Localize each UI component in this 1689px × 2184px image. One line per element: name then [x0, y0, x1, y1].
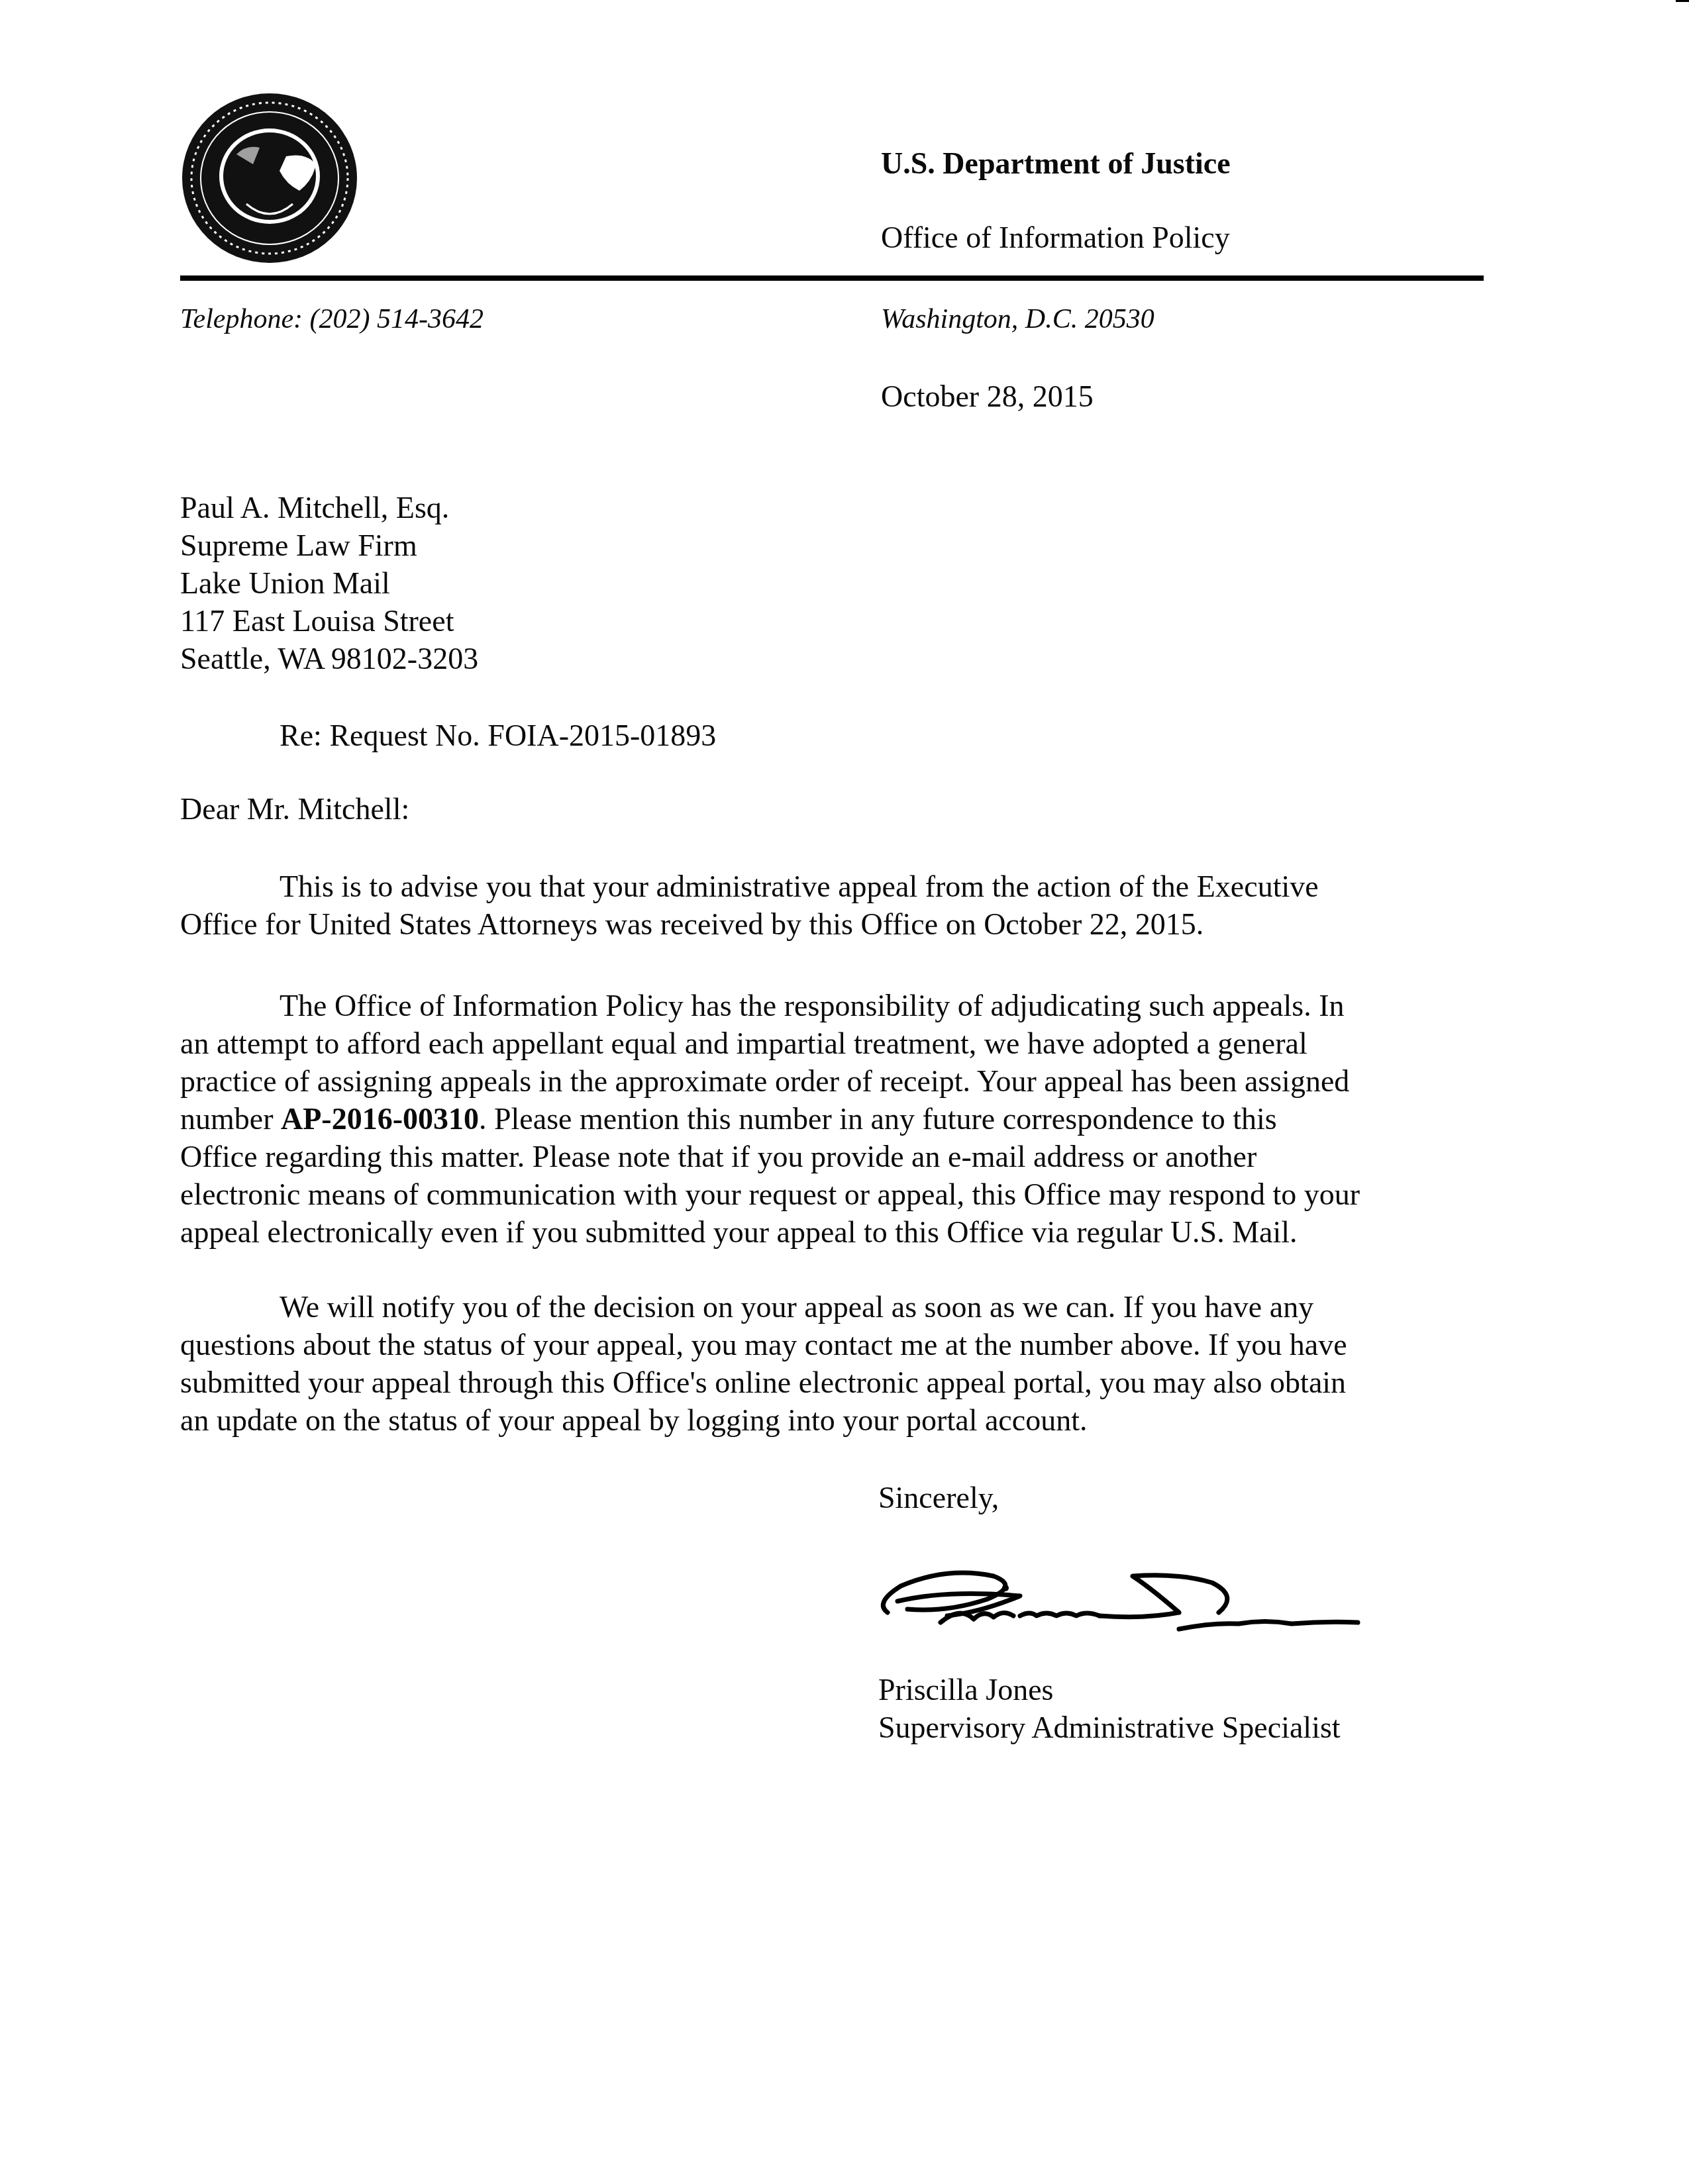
recipient-line: Supreme Law Firm [180, 526, 478, 564]
paragraph-line: This is to advise you that your administ… [180, 868, 1465, 905]
office-name: Office of Information Policy [881, 220, 1230, 255]
office-city: Washington, D.C. 20530 [881, 303, 1154, 335]
appeal-number: AP-2016-00310 [281, 1102, 479, 1136]
paragraph-line: Office for United States Attorneys was r… [180, 905, 1465, 943]
paragraph-receipt: This is to advise you that your administ… [180, 868, 1465, 943]
paragraph-line: practice of assigning appeals in the app… [180, 1062, 1465, 1100]
paragraph-line: electronic means of communication with y… [180, 1175, 1465, 1213]
department-name: U.S. Department of Justice [881, 146, 1231, 181]
recipient-address: Paul A. Mitchell, Esq. Supreme Law Firm … [180, 489, 478, 677]
doj-seal-icon [180, 91, 359, 265]
paragraph-line: We will notify you of the decision on yo… [180, 1288, 1465, 1326]
recipient-line: Paul A. Mitchell, Esq. [180, 489, 478, 526]
appeal-line-suffix: . Please mention this number in any futu… [479, 1102, 1277, 1136]
appeal-line-prefix: number [180, 1102, 281, 1136]
recipient-line: 117 East Louisa Street [180, 602, 478, 640]
closing: Sincerely, [878, 1480, 999, 1515]
paragraph-line: number AP-2016-00310. Please mention thi… [180, 1100, 1465, 1138]
signer-name: Priscilla Jones [878, 1672, 1053, 1707]
paragraph-line: appeal electronically even if you submit… [180, 1213, 1465, 1251]
salutation: Dear Mr. Mitchell: [180, 791, 409, 826]
paragraph-line: an update on the status of your appeal b… [180, 1401, 1465, 1439]
recipient-line: Seattle, WA 98102-3203 [180, 640, 478, 677]
signature-icon [868, 1550, 1437, 1642]
paragraph-line: submitted your appeal through this Offic… [180, 1364, 1465, 1401]
paragraph-line: Office regarding this matter. Please not… [180, 1138, 1465, 1175]
letter-date: October 28, 2015 [881, 379, 1094, 414]
telephone: Telephone: (202) 514-3642 [180, 303, 484, 335]
letterhead-divider [180, 275, 1484, 281]
scan-edge-mark [1676, 0, 1689, 2]
signer-title: Supervisory Administrative Specialist [878, 1710, 1341, 1745]
paragraph-line: The Office of Information Policy has the… [180, 987, 1465, 1024]
paragraph-line: an attempt to afford each appellant equa… [180, 1024, 1465, 1062]
paragraph-assignment: The Office of Information Policy has the… [180, 987, 1465, 1251]
paragraph-line: questions about the status of your appea… [180, 1326, 1465, 1364]
recipient-line: Lake Union Mail [180, 564, 478, 602]
paragraph-notification: We will notify you of the decision on yo… [180, 1288, 1465, 1439]
reference-line: Re: Request No. FOIA-2015-01893 [280, 718, 716, 753]
